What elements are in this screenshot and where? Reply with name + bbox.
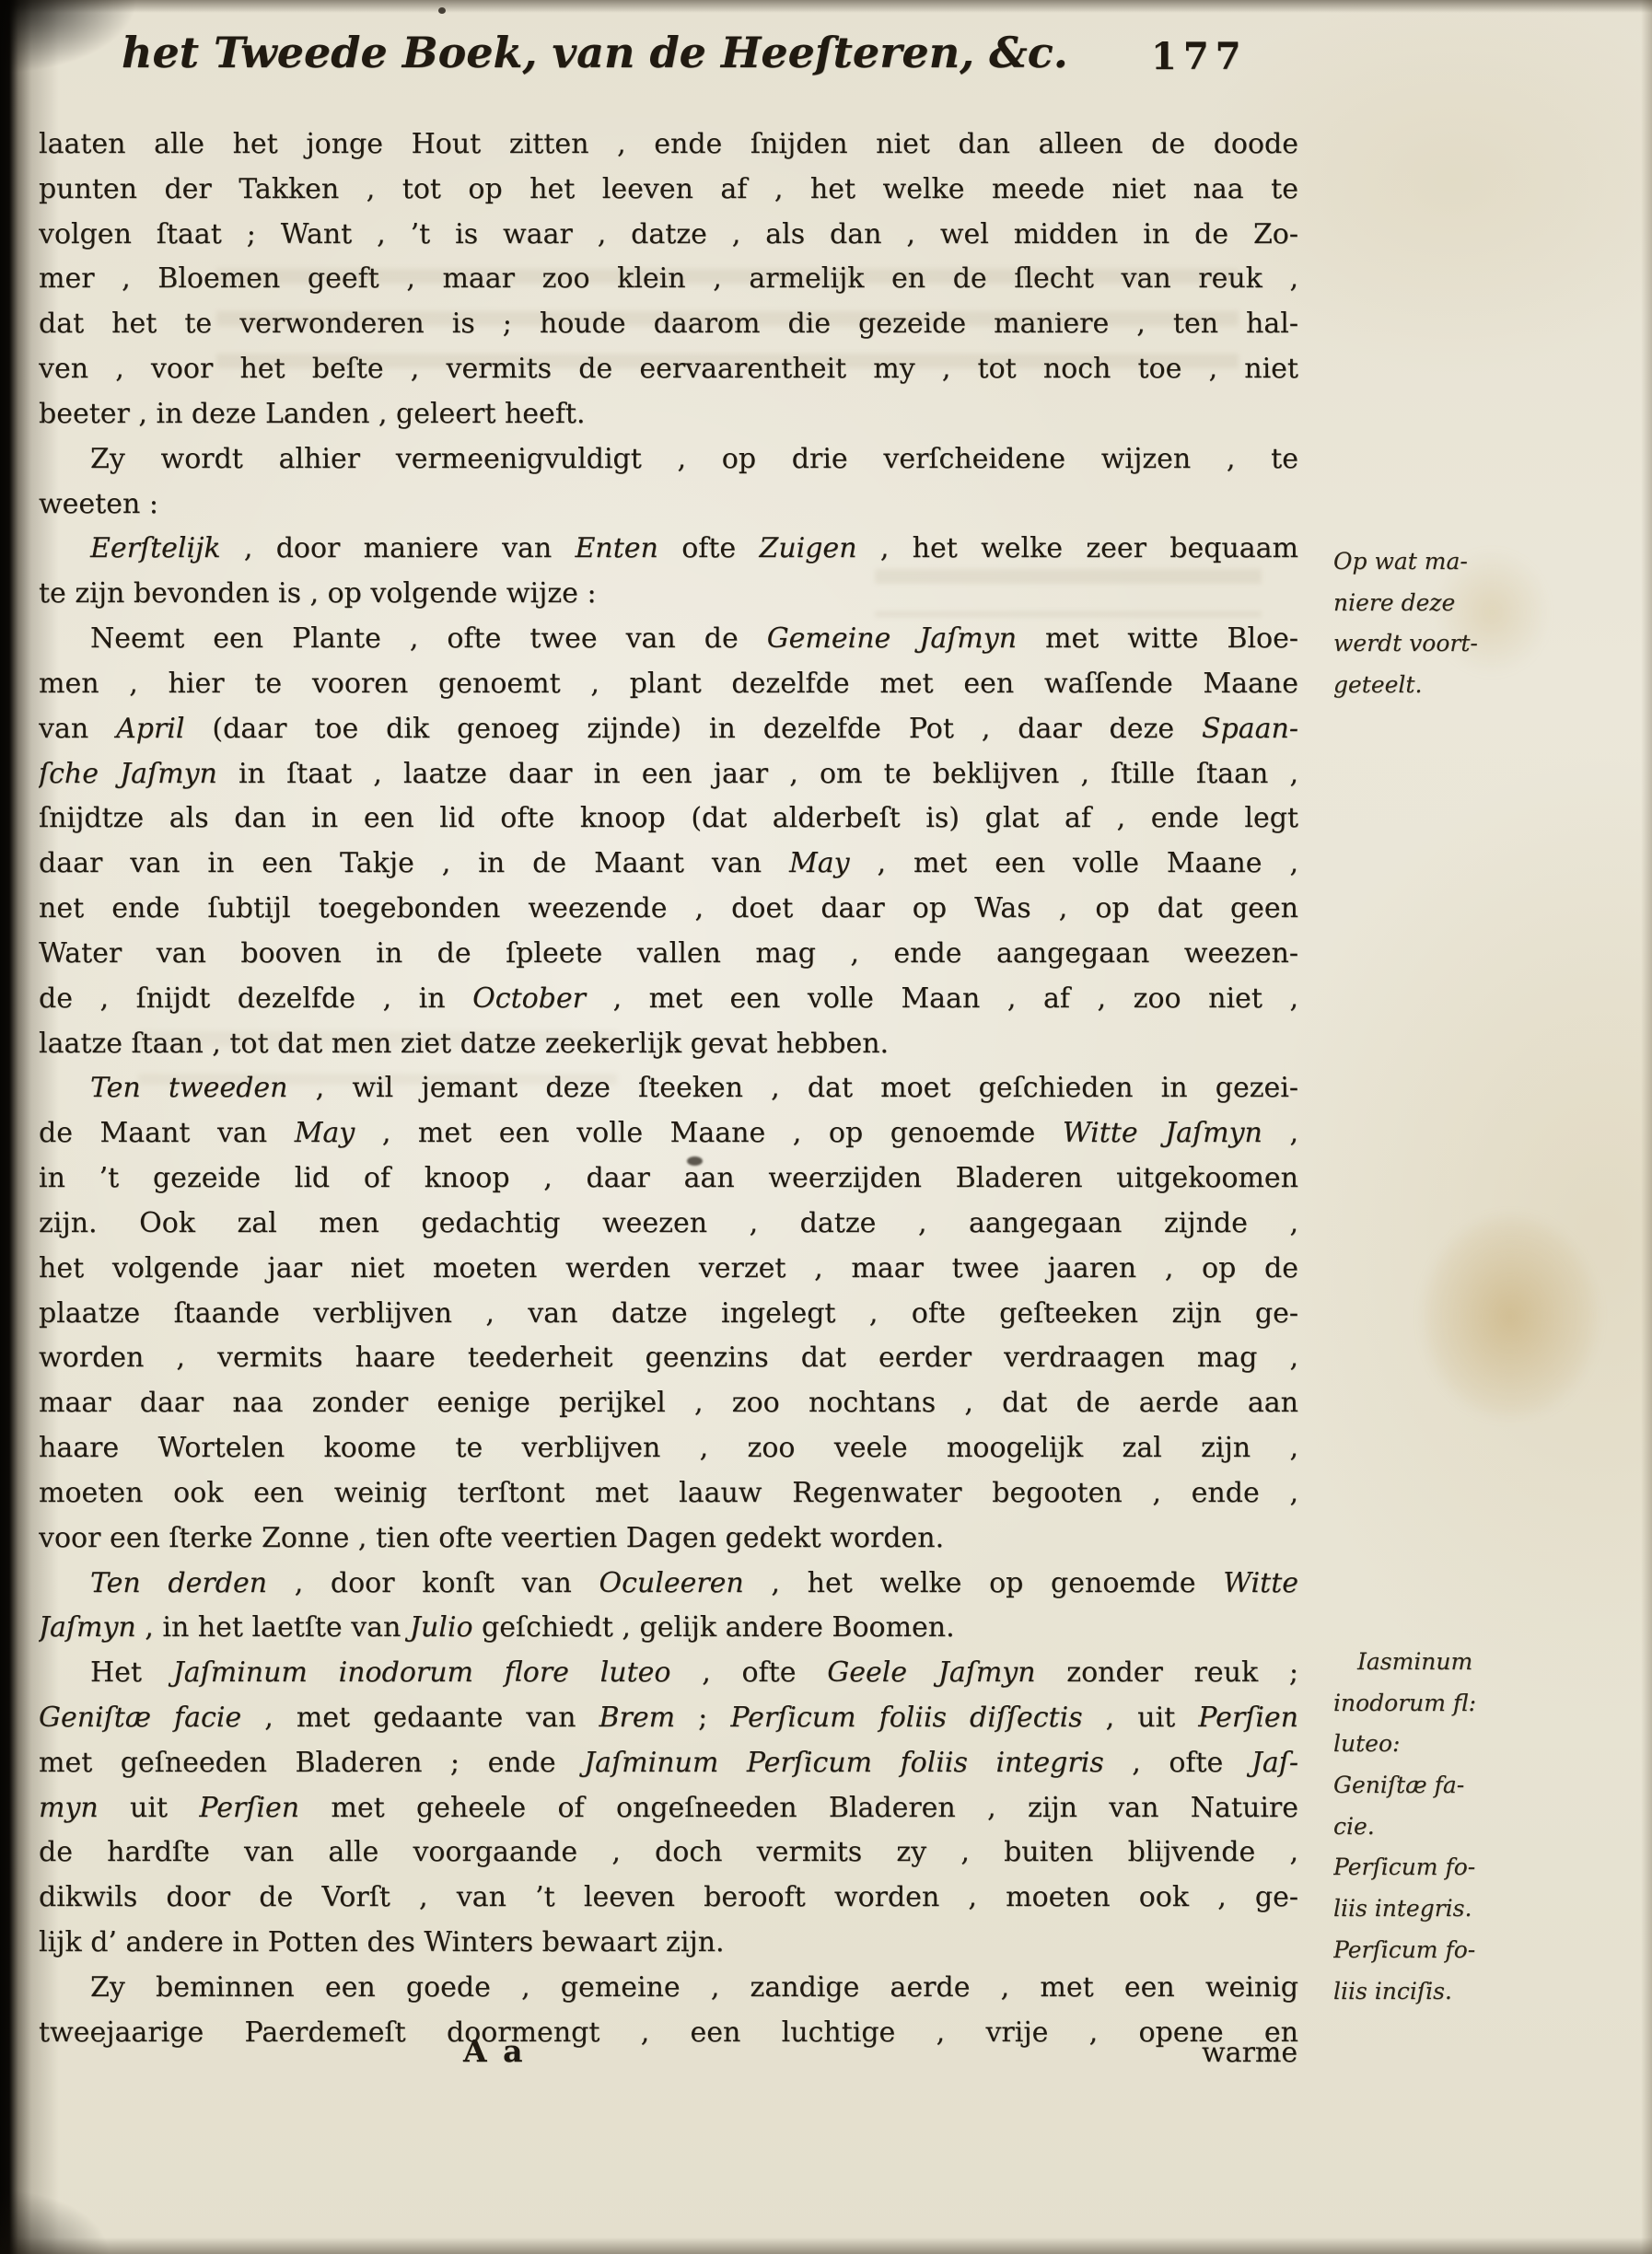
margin-note-line: Perſicum fo- <box>1333 1930 1637 1971</box>
margin-note-line: cie. <box>1333 1807 1637 1848</box>
text-run: mer , Bloemen geeft , maar zoo klein , a… <box>39 262 1298 295</box>
text-run: Zy beminnen een goede , gemeine , zandig… <box>90 1971 1298 2004</box>
text-run: Zy wordt alhier vermeenigvuldigt , op dr… <box>90 443 1298 475</box>
text-run-italic: Jaſminum Perſicum foliis integris <box>584 1747 1104 1779</box>
text-run: , het welke op genoemde <box>744 1567 1223 1599</box>
text-run: net ende ſubtijl toegebonden weezende , … <box>39 892 1298 924</box>
text-run: met geheele of ongeſneeden Bladeren , zi… <box>299 1792 1298 1824</box>
text-line: tweejaarige Paerdemeſt doormengt , een l… <box>39 2011 1298 2056</box>
text-run: beeter , in deze Landen , geleert heeft. <box>39 398 586 430</box>
page-corner-shadow <box>0 0 138 74</box>
page-edge-shadow-bottom <box>0 2237 1652 2254</box>
text-line: lijk d’ andere in Potten des Winters bew… <box>39 1921 1298 1966</box>
text-line: dikwils door de Vorſt , van ’t leeven be… <box>39 1876 1298 1921</box>
text-run: Water van booven in de ſpleete vallen ma… <box>39 937 1298 970</box>
text-run-italic: Julio <box>410 1611 473 1644</box>
text-line: punten der Takken , tot op het leeven af… <box>39 168 1298 213</box>
text-run: lijk d’ andere in Potten des Winters bew… <box>39 1926 725 1958</box>
text-run: tweejaarige Paerdemeſt doormengt , een l… <box>39 2016 1298 2049</box>
margin-note-line: liis integris. <box>1333 1888 1637 1930</box>
text-run: , wil jemant deze ſteeken , dat moet geſ… <box>287 1072 1298 1104</box>
page-edge-shadow-right <box>1641 0 1652 2254</box>
text-line: van April (daar toe dik genoeg zijnde) i… <box>39 707 1298 752</box>
text-line: met geſneeden Bladeren ; ende Jaſminum P… <box>39 1741 1298 1786</box>
text-run: zonder reuk ; <box>1036 1656 1298 1689</box>
text-run: moeten ook een weinig terſtont met laauw… <box>39 1477 1298 1509</box>
text-run-italic: Geniſtæ facie <box>39 1702 241 1734</box>
text-line: maar daar naa zonder eenige perijkel , z… <box>39 1381 1298 1426</box>
running-header-title: het Tweede Boek, van de Heeſteren, &c. <box>122 28 1068 77</box>
text-run: , ofte <box>670 1656 827 1689</box>
text-run: , door maniere van <box>221 532 576 564</box>
text-run-italic: Spaan- <box>1202 713 1298 745</box>
text-line: worden , vermits haare teederheit geenzi… <box>39 1336 1298 1381</box>
text-run: haare Wortelen koome te verblijven , zoo… <box>39 1432 1298 1464</box>
text-line: moeten ook een weinig terſtont met laauw… <box>39 1471 1298 1516</box>
text-run: , <box>1262 1117 1298 1149</box>
page-edge-shadow-top <box>0 0 1652 13</box>
text-run: volgen ſtaat ; Want , ’t is waar , datze… <box>39 218 1298 250</box>
margin-note-line: Geniſtæ fa- <box>1333 1765 1637 1807</box>
signature-mark: A a <box>463 2033 525 2069</box>
text-run: dikwils door de Vorſt , van ’t leeven be… <box>39 1881 1298 1913</box>
margin-note-line: liis inciſis. <box>1333 1971 1637 2013</box>
text-line: net ende ſubtijl toegebonden weezende , … <box>39 887 1298 932</box>
text-block: laaten alle het jonge Hout zitten , ende… <box>39 122 1298 2056</box>
text-line: Het Jaſminum inodorum flore luteo , ofte… <box>39 1651 1298 1696</box>
text-line: Geniſtæ facie , met gedaante van Brem ; … <box>39 1696 1298 1741</box>
text-run: ofte <box>658 532 760 564</box>
margin-note-line: Perſicum fo- <box>1333 1847 1637 1888</box>
margin-note-line: inodorum fl: <box>1333 1683 1637 1725</box>
text-run: zijn. Ook zal men gedachtig weezen , dat… <box>39 1207 1298 1239</box>
text-run-italic: October <box>472 982 586 1015</box>
text-run: maar daar naa zonder eenige perijkel , z… <box>39 1387 1298 1419</box>
text-run-italic: Oculeeren <box>599 1567 744 1599</box>
text-line: in ’t gezeide lid of knoop , daar aan we… <box>39 1156 1298 1202</box>
text-run: ; <box>675 1702 730 1734</box>
text-run: , door konſt van <box>267 1567 599 1599</box>
text-run: , met gedaante van <box>241 1702 599 1734</box>
text-run-italic: Geele Jaſmyn <box>827 1656 1035 1689</box>
text-run: , met een volle Maane , <box>850 847 1298 879</box>
text-run: ſnijdtze als dan in een lid ofte knoop (… <box>39 802 1298 834</box>
text-line: Ten derden , door konſt van Oculeeren , … <box>39 1562 1298 1607</box>
margin-note-line: niere deze <box>1333 583 1637 624</box>
text-line: Neemt een Plante , ofte twee van de Geme… <box>39 617 1298 662</box>
text-line: haare Wortelen koome te verblijven , zoo… <box>39 1426 1298 1471</box>
text-run: de , ſnijdt dezelfde , in <box>39 982 472 1015</box>
text-run: te zijn bevonden is , op volgende wijze … <box>39 577 597 610</box>
text-line: mer , Bloemen geeft , maar zoo klein , a… <box>39 257 1298 302</box>
text-run-italic: Zuigen <box>759 532 856 564</box>
text-line: Jaſmyn , in het laetſte van Julio geſchi… <box>39 1606 1298 1651</box>
text-line: men , hier te vooren genoemt , plant dez… <box>39 662 1298 707</box>
margin-note-line: Iasminum <box>1333 1642 1637 1683</box>
text-run: Neemt een Plante , ofte twee van de <box>90 622 767 655</box>
text-run-italic: Perſien <box>1198 1702 1298 1734</box>
text-line: de , ſnijdt dezelfde , in October , met … <box>39 977 1298 1022</box>
text-run: , ofte <box>1104 1747 1251 1779</box>
text-line: ven , voor het beſte , vermits de eervaa… <box>39 347 1298 392</box>
text-run-italic: Ten derden <box>90 1567 267 1599</box>
text-run-italic: Eerſtelijk <box>90 532 221 564</box>
text-run: punten der Takken , tot op het leeven af… <box>39 173 1298 205</box>
text-run: met witte Bloe- <box>1017 622 1298 655</box>
text-line: beeter , in deze Landen , geleert heeft. <box>39 392 1298 437</box>
text-line: Zy wordt alhier vermeenigvuldigt , op dr… <box>39 437 1298 482</box>
text-run: daar van in een Takje , in de Maant van <box>39 847 789 879</box>
text-line: zijn. Ook zal men gedachtig weezen , dat… <box>39 1202 1298 1247</box>
margin-note-line: werdt voort- <box>1333 623 1637 665</box>
text-run: met geſneeden Bladeren ; ende <box>39 1747 584 1779</box>
text-run-italic: Ten tweeden <box>90 1072 287 1104</box>
text-run-italic: Jaſ- <box>1251 1747 1298 1779</box>
text-run-italic: Perſien <box>199 1792 299 1824</box>
margin-note-line: luteo: <box>1333 1724 1637 1765</box>
text-run-italic: myn <box>39 1792 99 1824</box>
catchword: warme <box>1202 2037 1297 2069</box>
text-run: , in het laetſte van <box>136 1611 410 1644</box>
text-run: in ſtaat , laatze daar in een jaar , om … <box>217 758 1298 790</box>
margin-note: Op wat ma-niere dezewerdt voort-geteelt. <box>1333 541 1637 706</box>
text-run-italic: May <box>789 847 850 879</box>
text-run: , met een volle Maan , af , zoo niet , <box>586 982 1298 1015</box>
text-line: daar van in een Takje , in de Maant van … <box>39 842 1298 887</box>
paper-stain <box>1423 1215 1598 1418</box>
text-line: Eerſtelijk , door maniere van Enten ofte… <box>39 527 1298 572</box>
text-line: plaatze ſtaande verblijven , van datze i… <box>39 1292 1298 1337</box>
text-run: , uit <box>1083 1702 1199 1734</box>
text-run: weeten : <box>39 488 158 520</box>
text-line: de hardſte van alle voorgaande , doch ve… <box>39 1830 1298 1876</box>
text-run: het volgende jaar niet moeten werden ver… <box>39 1252 1298 1284</box>
text-run: , met een volle Maane , op genoemde <box>355 1117 1063 1149</box>
text-line: ſche Jaſmyn in ſtaat , laatze daar in ee… <box>39 752 1298 797</box>
text-run: worden , vermits haare teederheit geenzi… <box>39 1342 1298 1374</box>
text-run-italic: May <box>295 1117 355 1149</box>
text-run: dat het te verwonderen is ; houde daarom… <box>39 308 1298 340</box>
text-run: in ’t gezeide lid of knoop , daar aan we… <box>39 1162 1298 1194</box>
text-line: Ten tweeden , wil jemant deze ſteeken , … <box>39 1066 1298 1111</box>
text-line: voor een ſterke Zonne , tien ofte veerti… <box>39 1516 1298 1562</box>
text-run: laaten alle het jonge Hout zitten , ende… <box>39 128 1298 160</box>
text-run-italic: Jaſmyn <box>39 1611 136 1644</box>
text-run-italic: Jaſminum inodorum flore luteo <box>173 1656 671 1689</box>
text-line: Zy beminnen een goede , gemeine , zandig… <box>39 1966 1298 2011</box>
text-run: men , hier te vooren genoemt , plant dez… <box>39 668 1298 700</box>
text-line: Water van booven in de ſpleete vallen ma… <box>39 932 1298 977</box>
margin-note-line: Op wat ma- <box>1333 541 1637 583</box>
text-run: de Maant van <box>39 1117 295 1149</box>
text-run-italic: Witte <box>1223 1567 1298 1599</box>
text-line: weeten : <box>39 482 1298 528</box>
text-run: van <box>39 713 116 745</box>
text-run: de hardſte van alle voorgaande , doch ve… <box>39 1836 1298 1868</box>
text-line: volgen ſtaat ; Want , ’t is waar , datze… <box>39 213 1298 258</box>
text-run-italic: Gemeine Jaſmyn <box>767 622 1017 655</box>
text-run-italic: Witte Jaſmyn <box>1063 1117 1262 1149</box>
text-run-italic: Perſicum foliis diſſectis <box>730 1702 1082 1734</box>
text-line: dat het te verwonderen is ; houde daarom… <box>39 302 1298 347</box>
margin-note: Iasminuminodorum fl:luteo:Geniſtæ fa-cie… <box>1333 1642 1637 2012</box>
text-line: laaten alle het jonge Hout zitten , ende… <box>39 122 1298 168</box>
text-line: myn uit Perſien met geheele of ongeſneed… <box>39 1786 1298 1831</box>
page-corner-shadow <box>0 2190 111 2254</box>
text-run-italic: ſche Jaſmyn <box>39 758 217 790</box>
text-run: geſchiedt , gelijk andere Boomen. <box>473 1611 955 1644</box>
text-line: laatze ſtaan , tot dat men ziet datze ze… <box>39 1022 1298 1067</box>
text-run: voor een ſterke Zonne , tien ofte veerti… <box>39 1522 944 1554</box>
text-line: de Maant van May , met een volle Maane ,… <box>39 1111 1298 1156</box>
text-run: laatze ſtaan , tot dat men ziet datze ze… <box>39 1028 889 1060</box>
page-number: 177 <box>1151 35 1248 78</box>
text-run-italic: Brem <box>599 1702 676 1734</box>
text-line: ſnijdtze als dan in een lid ofte knoop (… <box>39 796 1298 842</box>
text-run: (daar toe dik genoeg zijnde) in dezelfde… <box>185 713 1203 745</box>
text-run: uit <box>99 1792 200 1824</box>
book-page-scan: het Tweede Boek, van de Heeſteren, &c. 1… <box>0 0 1652 2254</box>
text-line: het volgende jaar niet moeten werden ver… <box>39 1247 1298 1292</box>
text-run: Het <box>90 1656 173 1689</box>
text-run-italic: Enten <box>576 532 658 564</box>
text-line: te zijn bevonden is , op volgende wijze … <box>39 572 1298 617</box>
text-run: , het welke zeer bequaam <box>857 532 1298 564</box>
text-run: ven , voor het beſte , vermits de eervaa… <box>39 353 1298 385</box>
margin-note-line: geteelt. <box>1333 665 1637 706</box>
text-run: plaatze ſtaande verblijven , van datze i… <box>39 1297 1298 1330</box>
text-run-italic: April <box>116 713 184 745</box>
